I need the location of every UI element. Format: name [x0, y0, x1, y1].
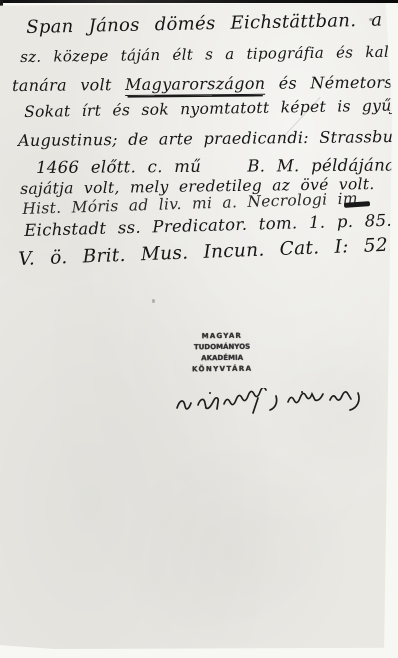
- scan-top-edge: [0, 0, 398, 3]
- inverted-signature-scribble: [172, 388, 368, 420]
- scanned-note-page: Span János dömés Eichstättban. a XV. sz.…: [0, 0, 398, 658]
- note-line-3: tanára volt Magyarországon és Németorszá…: [12, 72, 398, 95]
- note-line-10: V. ö. Brit. Mus. Incun. Cat. I: 52. l.: [18, 234, 398, 270]
- library-stamp: MAGYAR TUDOMÁNYOS AKADÉMIA KÖNYVTÁRA: [176, 331, 268, 376]
- note-line-3-before: tanára volt: [12, 75, 125, 95]
- stamp-line-3: KÖNYVTÁRA: [176, 364, 268, 376]
- note-line-5: Augustinus; de arte praedicandi: Strassb…: [18, 127, 398, 150]
- paper-speck-2: [152, 299, 155, 303]
- stamp-line-2: TUDOMÁNYOS AKADÉMIA: [176, 342, 268, 365]
- note-line-4: Sokat írt és sok nyomtatott képet is gyű…: [24, 96, 398, 121]
- note-line-3-after: és Németországban.: [265, 72, 398, 93]
- paper-speck: [369, 18, 373, 21]
- note-line-2: sz. közepe táján élt s a tipográfia és k…: [20, 42, 398, 66]
- paper-card: Span János dömés Eichstättban. a XV. sz.…: [0, 3, 392, 649]
- crossed-out-word-mark: [344, 201, 370, 208]
- note-line-3-underlined-word: Magyarországon: [125, 74, 265, 96]
- note-line-6: 1466 előtt. c. mű B. M. példájának: [36, 155, 398, 177]
- inverted-handwritten-signature: [172, 388, 368, 420]
- note-line-1: Span János dömés Eichstättban. a XV.: [26, 9, 398, 38]
